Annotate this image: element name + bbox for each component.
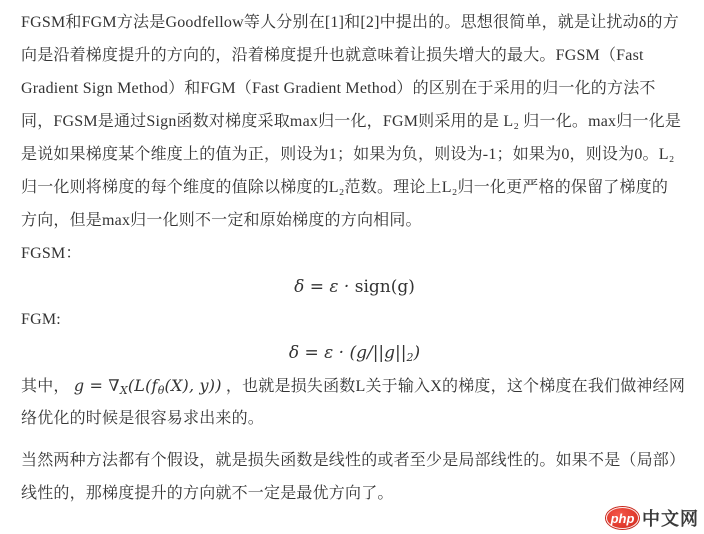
fgm-formula: δ = ε · (g/||g||2): [21, 336, 688, 369]
text-line: 方向，但是max归一化则不一定和原始梯度的方向相同。: [21, 204, 688, 237]
math-segment: (X), y)): [165, 376, 222, 395]
text-line: 其中， g = ∇X(L(fθ(X), y)) ，也就是损失函数L关于输入X的梯…: [21, 369, 688, 402]
text-line: 线性的，那梯度提升的方向就不一定是最优方向了。: [21, 477, 688, 510]
fgsm-label: FGSM：: [21, 237, 688, 270]
formula-roman-part: sign(g): [355, 277, 415, 297]
formula-subscript: 2: [407, 351, 414, 364]
paragraph-gradient: 其中， g = ∇X(L(fθ(X), y)) ，也就是损失函数L关于输入X的梯…: [21, 369, 688, 435]
php-badge-icon: php: [606, 507, 639, 529]
text-line: 向是沿着梯度提升的方向的，沿着梯度提升也就意味着让损失增大的最大。FGSM（Fa…: [21, 39, 688, 72]
article-body: FGSM和FGM方法是Goodfellow等人分别在[1]和[2]中提出的。思想…: [0, 0, 704, 510]
paragraph-assumption: 当然两种方法都有个假设，就是损失函数是线性的或者至少是局部线性的。如果不是（局部…: [21, 444, 688, 510]
text-line: 当然两种方法都有个假设，就是损失函数是线性的或者至少是局部线性的。如果不是（局部…: [21, 444, 688, 477]
math-segment: (L(f: [128, 376, 158, 395]
formula-body: δ = ε · (g/||g||: [289, 343, 407, 363]
text-line: Gradient Sign Method）和FGM（Fast Gradient …: [21, 72, 688, 105]
math-subscript: θ: [158, 384, 165, 397]
text-segment: ，也就是损失函数L关于输入X的梯度，这个梯度在我们做神经网: [222, 378, 685, 395]
php-cn-logo[interactable]: php 中文网: [606, 505, 699, 531]
inline-gradient-formula: g = ∇X(L(fθ(X), y)): [74, 376, 222, 395]
formula-italic-part: δ = ε ·: [294, 277, 355, 297]
math-subscript: X: [120, 384, 128, 397]
fgsm-formula: δ = ε · sign(g): [21, 270, 688, 303]
formula-close: ): [414, 343, 421, 363]
fgm-label: FGM:: [21, 303, 688, 336]
text-segment: 其中，: [21, 378, 74, 395]
math-segment: g = ∇: [74, 376, 120, 395]
site-name-text: 中文网: [642, 505, 699, 531]
text-line: 络优化的时候是很容易求出来的。: [21, 402, 688, 435]
text-line: 归一化则将梯度的每个维度的值除以梯度的L₂范数。理论上L₂归一化更严格的保留了梯…: [21, 171, 688, 204]
text-line: FGSM和FGM方法是Goodfellow等人分别在[1]和[2]中提出的。思想…: [21, 6, 688, 39]
text-line: 同，FGSM是通过Sign函数对梯度采取max归一化，FGM则采用的是 L₂ 归…: [21, 105, 688, 138]
text-line: 是说如果梯度某个维度上的值为正，则设为1；如果为负，则设为-1；如果为0，则设为…: [21, 138, 688, 171]
paragraph-intro: FGSM和FGM方法是Goodfellow等人分别在[1]和[2]中提出的。思想…: [21, 6, 688, 237]
